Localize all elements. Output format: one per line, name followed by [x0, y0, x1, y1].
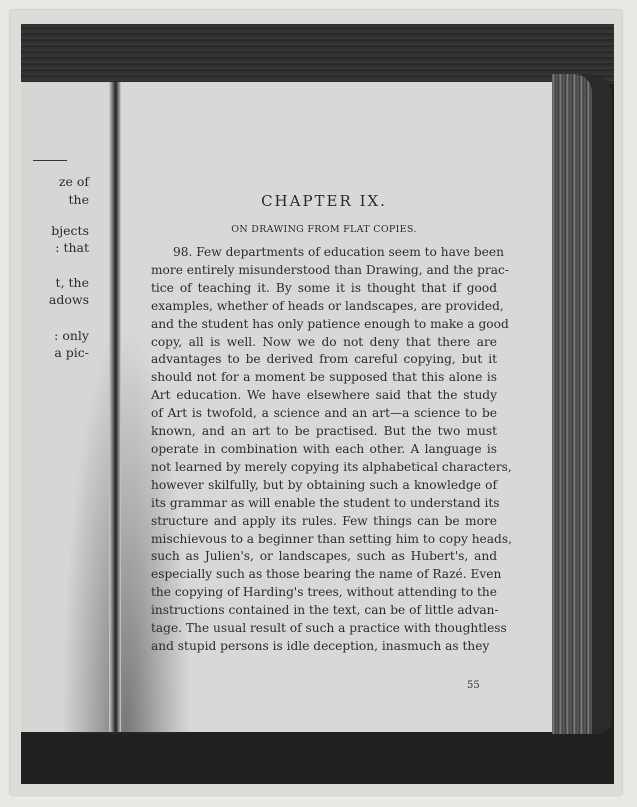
- text-line: more entirely misunderstood than Drawing…: [151, 262, 497, 280]
- text-line: tage. The usual result of such a practic…: [151, 620, 497, 638]
- text-line: its grammar as will enable the student t…: [151, 495, 497, 513]
- left-page-rule: [33, 160, 67, 161]
- book-gutter: [109, 82, 121, 732]
- text-line: and the student has only patience enough…: [151, 316, 497, 334]
- text-line: tice of teaching it. By some it is thoug…: [151, 280, 497, 298]
- text-line: of Art is twofold, a science and an art—…: [151, 405, 497, 423]
- text-line: and stupid persons is idle deception, in…: [151, 638, 497, 656]
- text-line: structure and apply its rules. Few thing…: [151, 513, 497, 531]
- page-number: 55: [467, 680, 480, 691]
- text-line: not learned by merely copying its alphab…: [151, 459, 497, 477]
- text-line: advantages to be derived from careful co…: [151, 351, 497, 369]
- left-fragment: adows: [49, 292, 89, 307]
- text-line: operate in combination with each other. …: [151, 441, 497, 459]
- text-line: copy, all is well. Now we do not deny th…: [151, 334, 497, 352]
- text-line: such as Julien's, or landscapes, such as…: [151, 548, 497, 566]
- text-line: mischievous to a beginner than setting h…: [151, 531, 497, 549]
- text-line: examples, whether of heads or landscapes…: [151, 298, 497, 316]
- chapter-subtitle: ON DRAWING FROM FLAT COPIES.: [151, 224, 497, 235]
- text-line: the copying of Harding's trees, without …: [151, 584, 497, 602]
- text-line: should not for a moment be supposed that…: [151, 369, 497, 387]
- left-fragment: t, the: [56, 275, 89, 290]
- text-line: however skilfully, but by obtaining such…: [151, 477, 497, 495]
- text-line: 98. Few departments of education seem to…: [151, 244, 497, 262]
- left-fragment: bjects: [51, 223, 89, 238]
- text-line: instructions contained in the text, can …: [151, 602, 497, 620]
- text-line: Art education. We have elsewhere said th…: [151, 387, 497, 405]
- book-cover-top: [21, 24, 614, 84]
- book-photograph: ze of the bjects : that t, the adows : o…: [21, 24, 614, 784]
- chapter-heading: CHAPTER IX.: [151, 192, 497, 210]
- text-line: especially such as those bearing the nam…: [151, 566, 497, 584]
- page-fore-edge: [552, 74, 592, 734]
- left-fragment: the: [69, 192, 89, 207]
- text-line: known, and an art to be practised. But t…: [151, 423, 497, 441]
- left-fragment: : that: [55, 240, 89, 255]
- left-fragment: ze of: [59, 174, 89, 189]
- page-text: CHAPTER IX. ON DRAWING FROM FLAT COPIES.…: [151, 192, 497, 656]
